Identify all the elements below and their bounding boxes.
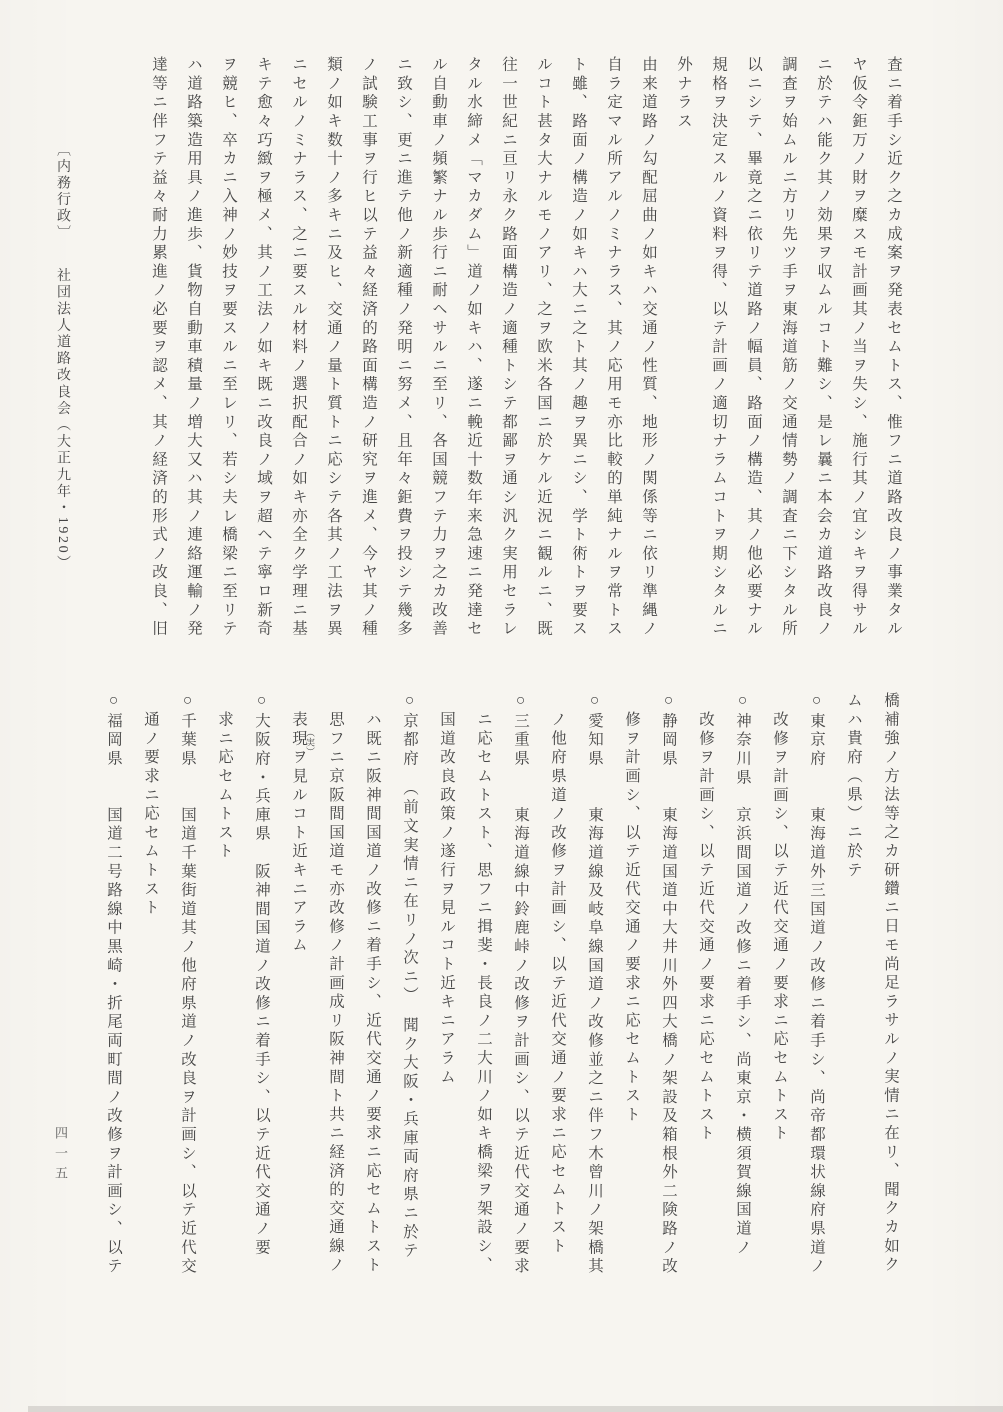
text-column: ノ他府県道ノ改修ヲ計画シ、以テ近代交通ノ要求ニ応セムトスト [539,692,576,1284]
text-column: ル自動車ノ頻繁ナル歩行ニ耐ヘサルニ至リ、各国競フテ力ヲ之カ改善 [421,56,456,646]
text-column: 修ヲ計画シ、以テ近代交通ノ要求ニ応セムトスト [613,692,650,1284]
text-column: 橋補強ノ方法等之カ研鑽ニ日モ尚足ラサルノ実情ニ在リ、聞クカ如ク [872,692,909,1284]
text-column: ニセルノミナラス、之ニ要スル材料ノ選択配合ノ如キ亦全ク学理ニ基 [281,56,316,646]
text-column: ○愛知県 東海道線及岐阜線国道ノ改修並之ニ伴フ木曾川ノ架橋其 [576,692,613,1284]
text-column: ニ応セムトスト、思フニ揖斐・長良ノ二大川ノ如キ橋梁ヲ架設シ、 [465,692,502,1284]
text-column: 往一世紀ニ亘リ永ク路面構造ノ適種トシテ都鄙ヲ通シ汎ク実用セラレ [491,56,526,646]
correction-note: （実） [305,709,314,757]
text-column: 以ニシテ、畢竟之ニ依リテ道路ノ幅員、路面ノ構造、其ノ他必要ナル [736,56,771,646]
text-column: ○千葉県 国道千葉街道其ノ他府県道ノ改良ヲ計画シ、以テ近代交 [169,692,206,1284]
text-column: キテ愈々巧緻ヲ極メ、其ノ工法ノ如キ既ニ改良ノ域ヲ超ヘテ寧ロ新奇 [246,56,281,646]
text-column: 類ノ如キ数十ノ多キニ及ヒ、交通ノ量ト質トニ応シテ各其ノ工法ヲ異 [316,56,351,646]
text-column: ○三重県 東海道線中鈴鹿峠ノ改修ヲ計画シ、以テ近代交通ノ要求 [502,692,539,1284]
text-column: 調査ヲ始ムルニ方リ先ツ手ヲ東海道筋ノ交通情勢ノ調査ニ下シタル所 [771,56,806,646]
text-column: 表現ヲ見ルコト近キニアラム（実） [280,692,317,1284]
text-column: ハ既ニ阪神間国道ノ改修ニ着手シ、近代交通ノ要求ニ応セムトスト [354,692,391,1284]
text-column: ○神奈川県 京浜間国道ノ改修ニ着手シ、尚東京・横須賀線国道ノ [724,692,761,1284]
text-column: 査ニ着手シ近ク之カ成案ヲ発表セムトス、惟フニ道路改良ノ事業タル [876,56,911,646]
document-page: 査ニ着手シ近ク之カ成案ヲ発表セムトス、惟フニ道路改良ノ事業タルヤ仮令鉅万ノ財ヲ糜… [0,0,1003,1412]
text-column: ムハ貴府（県）ニ於テ [835,692,872,1284]
lower-text-block: 橋補強ノ方法等之カ研鑽ニ日モ尚足ラサルノ実情ニ在リ、聞クカ如クムハ貴府（県）ニ於… [95,692,909,1284]
text-column: 改修ヲ計画シ、以テ近代交通ノ要求ニ応セムトスト [761,692,798,1284]
text-column: 求ニ応セムトスト [206,692,243,1284]
text-column: ○東京府 東海道外三国道ノ改修ニ着手シ、尚帝都環状線府県道ノ [798,692,835,1284]
text-column: 規格ヲ決定スルノ資料ヲ得、以テ計画ノ適切ナラムコトヲ期シタルニ [701,56,736,646]
text-column: ニ致シ、更ニ進テ他ノ新適種ノ発明ニ努メ、且年々鉅費ヲ投シテ幾多 [386,56,421,646]
text-column: ○福岡県 国道二号路線中黒崎・折尾両町間ノ改修ヲ計画シ、以テ [95,692,132,1284]
text-column: ヲ競ヒ、卒カニ入神ノ妙技ヲ要スルニ至レリ、若シ夫レ橋梁ニ至リテ [211,56,246,646]
text-column: ○京都府 （前文実情ニ在リノ次ニ） 聞ク大阪・兵庫両府県ニ於テ [391,692,428,1284]
text-column: 国道改良政策ノ遂行ヲ見ルコト近キニアラム [428,692,465,1284]
text-column: ト雖、路面ノ構造ノ如キハ大ニ之ト其ノ趣ヲ異ニシ、学ト術トヲ要ス [561,56,596,646]
text-column: ルコト甚タ大ナルモノアリ、之ヲ欧米各国ニ於ケル近況ニ観ルニ、既 [526,56,561,646]
text-column: 改修ヲ計画シ、以テ近代交通ノ要求ニ応セムトスト [687,692,724,1284]
text-column: ノ試験工事ヲ行ヒ以テ益々経済的路面構造ノ研究ヲ進メ、今ヤ其ノ種 [351,56,386,646]
text-column: 由来道路ノ勾配屈曲ノ如キハ交通ノ性質、地形ノ関係等ニ依リ準縄ノ [631,56,666,646]
text-column: ニ於テハ能ク其ノ効果ヲ収ムルコト難シ、是レ曩ニ本会カ道路改良ノ [806,56,841,646]
text-column: ハ道路築造用具ノ進歩、貨物自動車積量ノ増大又ハ其ノ連絡運輸ノ発 [176,56,211,646]
text-column: 達等ニ伴フテ益々耐力累進ノ必要ヲ認メ、其ノ経済的形式ノ改良、旧 [141,56,176,646]
page-number: 四一五 [51,1126,70,1186]
text-column: ヤ仮令鉅万ノ財ヲ糜スモ計画其ノ当ヲ失シ、施行其ノ宜シキヲ得サル [841,56,876,646]
text-column: タル水締メ「マカダム」道ノ如キハ、遂ニ輓近十数年来急速ニ発達セ [456,56,491,646]
text-column: 通ノ要求ニ応セムトスト [132,692,169,1284]
upper-text-block: 査ニ着手シ近ク之カ成案ヲ発表セムトス、惟フニ道路改良ノ事業タルヤ仮令鉅万ノ財ヲ糜… [141,56,911,646]
text-column: 思フニ京阪間国道モ亦改修ノ計画成リ阪神間ト共ニ経済的交通線ノ [317,692,354,1284]
text-column: ○大阪府・兵庫県 阪神間国道ノ改修ニ着手シ、以テ近代交通ノ要 [243,692,280,1284]
scan-edge [28,1406,1003,1412]
text-column: ○静岡県 東海道国道中大井川外四大橋ノ架設及箱根外二険路ノ改 [650,692,687,1284]
text-column: 外ナラス [666,56,701,646]
source-citation: 〔内務行政〕 社団法人道路改良会（大正九年・1920） [48,142,76,582]
text-column: 自ラ定マル所アルノミナラス、其ノ応用モ亦比較的単純ナルヲ常トス [596,56,631,646]
